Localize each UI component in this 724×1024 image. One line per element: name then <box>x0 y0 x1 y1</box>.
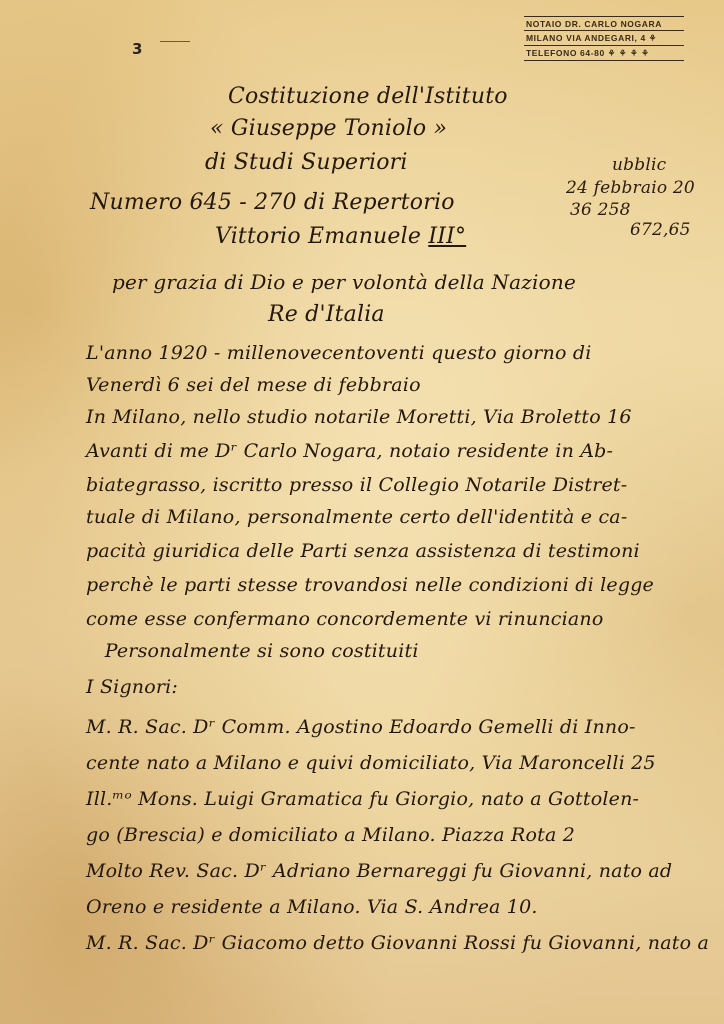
stamp-line-name: NOTAIO DR. CARLO NOGARA <box>524 16 684 30</box>
body-line: Venerdì 6 sei del mese di febbraio <box>86 374 421 396</box>
heading-title: Costituzione dell'Istituto <box>228 84 508 109</box>
body-line: M. R. Sac. Dʳ Giacomo detto Giovanni Ros… <box>86 932 709 954</box>
body-line: tuale di Milano, personalmente certo del… <box>86 506 627 528</box>
margin-note-line-4: 672,65 <box>630 220 691 240</box>
margin-note-line-2: 24 febbraio 20 <box>566 178 695 198</box>
notary-stamp: NOTAIO DR. CARLO NOGARA MILANO VIA ANDEG… <box>524 16 684 61</box>
body-line: Avanti di me Dʳ Carlo Nogara, notaio res… <box>86 440 613 462</box>
body-line: come esse confermano concordemente vi ri… <box>86 608 604 630</box>
body-line: Personalmente si sono costituiti <box>86 640 419 662</box>
body-line: Oreno e residente a Milano. Via S. Andre… <box>86 896 538 918</box>
body-line: I Signori: <box>86 676 178 698</box>
margin-note-line-1: ubblic <box>612 155 666 175</box>
document-page: NOTAIO DR. CARLO NOGARA MILANO VIA ANDEG… <box>0 0 724 1024</box>
heading-institute-name: « Giuseppe Toniolo » <box>210 116 447 141</box>
decorative-dash <box>160 41 190 42</box>
body-line: Ill.ᵐᵒ Mons. Luigi Gramatica fu Giorgio,… <box>86 788 639 810</box>
repertory-number: Numero 645 - 270 di Repertorio <box>90 190 455 215</box>
royal-title: Re d'Italia <box>268 302 385 327</box>
body-line: M. R. Sac. Dʳ Comm. Agostino Edoardo Gem… <box>86 716 636 738</box>
heading-subtitle: di Studi Superiori <box>205 150 408 175</box>
king-name-text: Vittorio Emanuele <box>215 224 428 249</box>
body-line: go (Brescia) e domiciliato a Milano. Pia… <box>86 824 575 846</box>
king-ordinal: III° <box>428 224 466 249</box>
stamp-line-phone: TELEFONO 64-80 ⚘ ⚘ ⚘ ⚘ <box>524 45 684 61</box>
body-line: cente nato a Milano e quivi domiciliato,… <box>86 752 656 774</box>
body-line: Molto Rev. Sac. Dʳ Adriano Bernareggi fu… <box>86 860 672 882</box>
margin-note-line-3: 36 258 <box>570 200 631 220</box>
king-name: Vittorio Emanuele III° <box>215 224 466 249</box>
body-line: biategrasso, iscritto presso il Collegio… <box>86 474 627 496</box>
body-line: pacità giuridica delle Parti senza assis… <box>86 540 640 562</box>
body-line: perchè le parti stesse trovandosi nelle … <box>86 574 654 596</box>
body-line: L'anno 1920 - millenovecentoventi questo… <box>86 342 592 364</box>
body-line: In Milano, nello studio notarile Moretti… <box>86 406 632 428</box>
stamp-line-address: MILANO VIA ANDEGARI, 4 ⚘ <box>524 30 684 45</box>
page-number: 3 <box>132 40 142 58</box>
royal-formula: per grazia di Dio e per volontà della Na… <box>112 270 576 294</box>
